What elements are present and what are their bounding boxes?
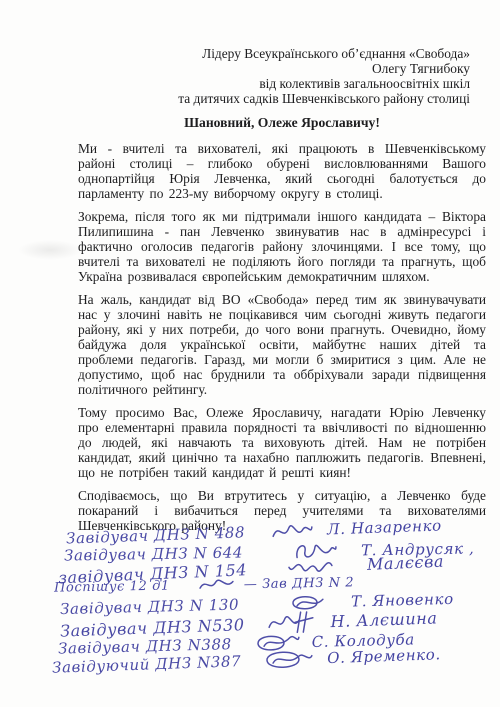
signature-flourish-icon [293,539,337,564]
body-paragraph: Зокрема, після того як ми підтримали інш… [78,209,486,284]
letter-page: Лідеру Всеукраїнського об’єднання «Свобо… [0,0,500,707]
body-paragraph: Ми - вчителі та вихователі, які працюють… [78,141,486,201]
signature-flourish-icon [249,629,300,656]
scan-smudge [18,240,82,260]
signature-position: завідувач ДНЗ N 154 [58,560,248,587]
signature-position: Завідувач ДНЗ N 644 [64,543,243,564]
letter-content: Лідеру Всеукраїнського об’єднання «Свобо… [78,46,486,533]
body-paragraph: Тому просимо Вас, Олеже Ярославичу, нага… [78,405,486,480]
signature-position: Завідувач ДНЗ N 130 [60,595,240,618]
signature-name: О. Яременко. [327,645,441,667]
signature-name: Т. Андрусяк , [361,539,475,559]
signature-flourish-icon [257,646,314,674]
body-paragraph: Сподіваємось, що Ви втрутитесь у ситуаці… [78,488,486,533]
signature-row: Завідувач ДНЗ N 130 Т. Яновенко [60,588,454,620]
signature-name: Н. Алєшина [330,608,438,631]
signature-flourish-icon [198,575,234,594]
signature-name: С. Колодуба [311,630,415,651]
signature-row: Поспішує 12 д1 — Зав ДНЗ N 2 [54,573,355,596]
body-paragraph: На жаль, кандидат від ВО «Свобода» перед… [78,292,486,397]
signature-row: Завідуючий ДНЗ N387 О. Яременко. [52,641,441,681]
signature-name: Т. Яновенко [351,590,454,611]
recipient-line: Лідеру Всеукраїнського об’єднання «Свобо… [78,46,470,61]
signature-row: Завідувач ДНЗ N530 Н. Алєшина [60,605,438,642]
signature-row: Завідувач ДНЗ N388 С. Колодуба [58,626,415,661]
signature-name: — Зав ДНЗ N 2 [244,575,355,592]
letter-body: Ми - вчителі та вихователі, які працюють… [78,141,486,533]
signature-row: завідувач ДНЗ N 154 Малєєва [58,549,445,590]
signature-position: Поспішує 12 д1 [54,578,170,595]
recipient-line: та дитячих садків Шевченківського району… [78,91,470,106]
salutation: Шановний, Олеже Ярославичу! [78,115,486,130]
signature-position: Завідуючий ДНЗ N387 [52,652,242,677]
signature-row: Завідувач ДНЗ N 644 Т. Андрусяк , [64,536,475,567]
recipient-line: від колективів загальноосвітніх шкіл [78,76,470,91]
signature-flourish-icon [287,553,334,579]
recipient-line: Олегу Тягнибоку [78,61,470,76]
signature-flourish-icon [287,591,326,614]
recipient-block: Лідеру Всеукраїнського об’єднання «Свобо… [78,46,470,106]
signature-flourish-icon [266,610,319,636]
signature-position: Завідувач ДНЗ N530 [60,615,245,640]
signature-name: Малєєва [367,551,445,573]
signature-position: Завідувач ДНЗ N388 [58,635,232,658]
